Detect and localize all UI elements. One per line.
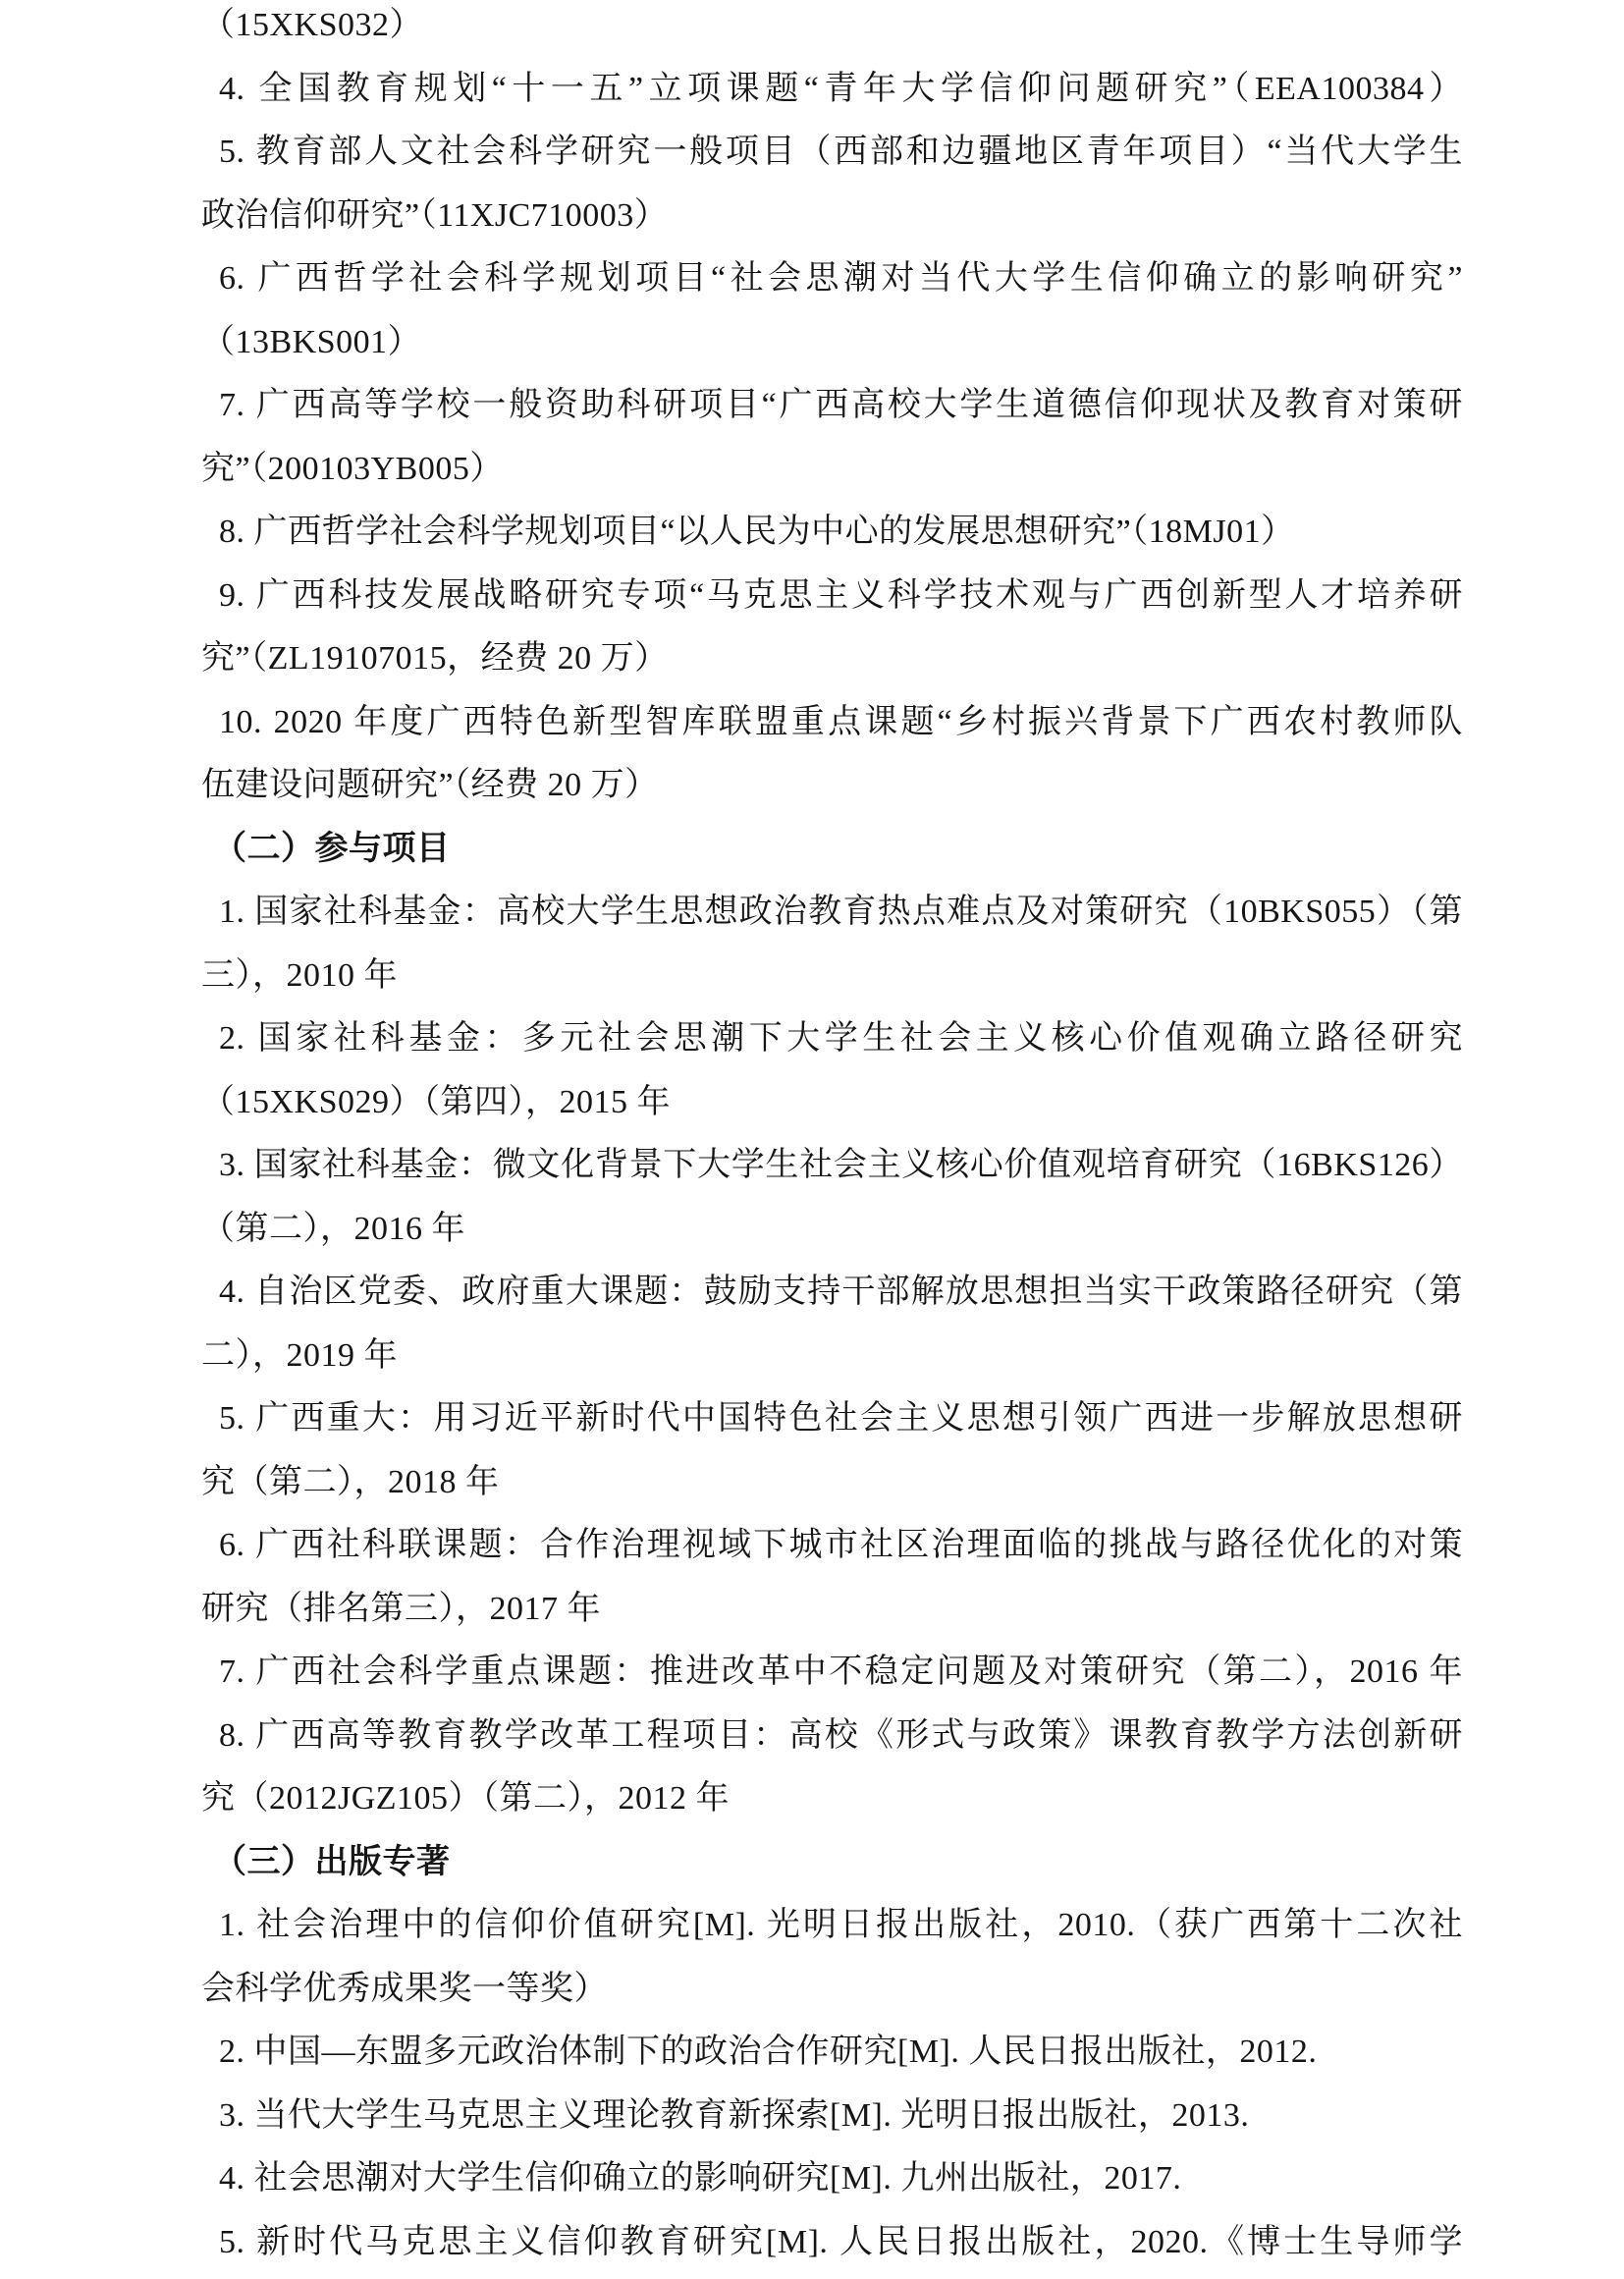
document-line: （13BKS001）	[201, 311, 1463, 375]
document-line: 二），2019 年	[201, 1325, 1463, 1388]
document-line: （15XKS032）	[201, 0, 1463, 58]
document-line: 究（2012JGZ105）（第二），2012 年	[201, 1767, 1463, 1831]
document-line: 8. 广西哲学社会科学规划项目“以人民为中心的发展思想研究”（18MJ01）	[201, 501, 1463, 565]
section-heading: （二）参与项目	[201, 818, 1463, 882]
document-line: 5. 新时代马克思主义信仰教育研究[M]. 人民日报出版社，2020.《博士生导…	[201, 2211, 1463, 2275]
document-line: 9. 广西科技发展战略研究专项“马克思主义科学技术观与广西创新型人才培养研	[201, 565, 1463, 628]
document-line: 究”（200103YB005）	[201, 438, 1463, 502]
document-line: 究”（ZL19107015，经费 20 万）	[201, 627, 1463, 691]
document-text-column: （15XKS032）4. 全国教育规划“十一五”立项课题“青年大学信仰问题研究”…	[201, 0, 1463, 2274]
document-line: 1. 社会治理中的信仰价值研究[M]. 光明日报出版社，2010.（获广西第十二…	[201, 1894, 1463, 1958]
document-line: 政治信仰研究”（11XJC710003）	[201, 185, 1463, 248]
document-line: （15XKS029）（第四），2015 年	[201, 1071, 1463, 1135]
document-line: 6. 广西社科联课题：合作治理视域下城市社区治理面临的挑战与路径优化的对策	[201, 1514, 1463, 1578]
document-line: 2. 国家社科基金：多元社会思潮下大学生社会主义核心价值观确立路径研究	[201, 1007, 1463, 1071]
document-line: 4. 自治区党委、政府重大课题：鼓励支持干部解放思想担当实干政策路径研究（第	[201, 1261, 1463, 1325]
document-line: 5. 广西重大：用习近平新时代中国特色社会主义思想引领广西进一步解放思想研	[201, 1387, 1463, 1451]
document-line: 8. 广西高等教育教学改革工程项目：高校《形式与政策》课教育教学方法创新研	[201, 1705, 1463, 1768]
document-line: 4. 社会思潮对大学生信仰确立的影响研究[M]. 九州出版社，2017.	[201, 2147, 1463, 2211]
document-line: 10. 2020 年度广西特色新型智库联盟重点课题“乡村振兴背景下广西农村教师队	[201, 691, 1463, 755]
document-line: 伍建设问题研究”（经费 20 万）	[201, 754, 1463, 818]
document-line: 1. 国家社科基金：高校大学生思想政治教育热点难点及对策研究（10BKS055）…	[201, 881, 1463, 945]
document-line: 7. 广西社会科学重点课题：推进改革中不稳定问题及对策研究（第二），2016 年	[201, 1641, 1463, 1705]
section-heading: （三）出版专著	[201, 1831, 1463, 1895]
document-line: 5. 教育部人文社会科学研究一般项目（西部和边疆地区青年项目）“当代大学生	[201, 121, 1463, 185]
document-line: 研究（排名第三），2017 年	[201, 1578, 1463, 1642]
document-line: 4. 全国教育规划“十一五”立项课题“青年大学信仰问题研究”（EEA100384…	[201, 58, 1463, 122]
document-line: （第二），2016 年	[201, 1198, 1463, 1262]
document-line: 2. 中国—东盟多元政治体制下的政治合作研究[M]. 人民日报出版社，2012.	[201, 2021, 1463, 2085]
document-line: 3. 当代大学生马克思主义理论教育新探索[M]. 光明日报出版社，2013.	[201, 2085, 1463, 2148]
document-line: 7. 广西高等学校一般资助科研项目“广西高校大学生道德信仰现状及教育对策研	[201, 374, 1463, 438]
document-line: 3. 国家社科基金：微文化背景下大学生社会主义核心价值观培育研究（16BKS12…	[201, 1134, 1463, 1198]
document-line: 三），2010 年	[201, 945, 1463, 1008]
document-line: 究（第二），2018 年	[201, 1451, 1463, 1515]
document-page: （15XKS032）4. 全国教育规划“十一五”立项课题“青年大学信仰问题研究”…	[0, 0, 1624, 2273]
document-line: 6. 广西哲学社会科学规划项目“社会思潮对当代大学生信仰确立的影响研究”	[201, 247, 1463, 311]
document-line: 会科学优秀成果奖一等奖）	[201, 1958, 1463, 2022]
